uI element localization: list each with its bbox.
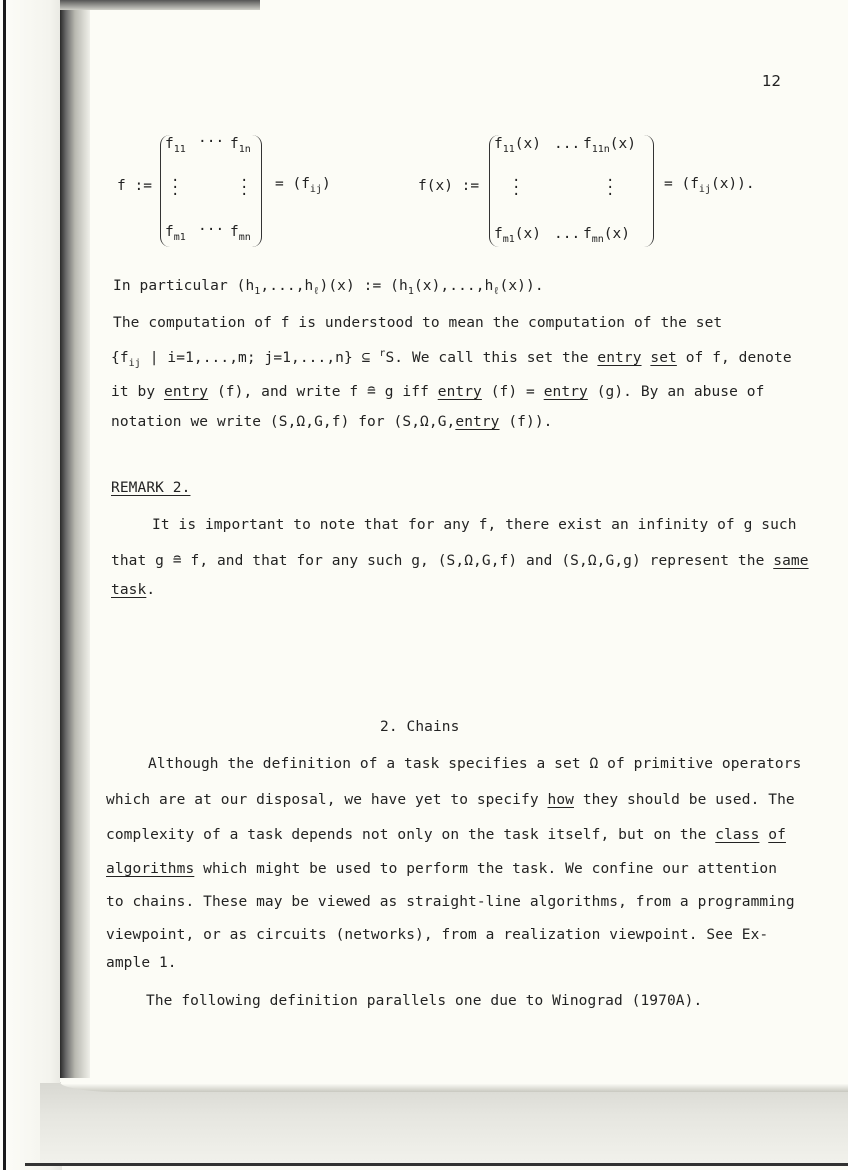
vdots: ··· xyxy=(512,178,520,199)
chains-line-3: complexity of a task depends not only on… xyxy=(106,826,786,844)
text-line-entry-def: it by entry (f), and write f ≘ g iff ent… xyxy=(111,383,764,401)
term-entry: entry xyxy=(597,350,641,366)
term-set: set xyxy=(650,350,677,366)
equiv-relation-symbol: ≘ xyxy=(173,553,182,569)
chains-line-1: Although the definition of a task specif… xyxy=(148,755,801,773)
chains-paragraph-2: The following definition parallels one d… xyxy=(146,992,702,1010)
page-number: 12 xyxy=(762,72,781,90)
page-top-shadow xyxy=(60,0,260,10)
page-curl xyxy=(60,1078,848,1092)
chains-line-5: to chains. These may be viewed as straig… xyxy=(106,893,795,911)
section-heading: 2. Chains xyxy=(380,718,459,736)
chains-line-7: ample 1. xyxy=(106,954,177,972)
text-line-notation: notation we write (S,Ω,G,f) for (S,Ω,G,e… xyxy=(111,413,553,431)
text-line-entry-set: {fij | i=1,...,m; j=1,...,n} ⊆ rS. We ca… xyxy=(111,349,792,367)
matrix-f-lhs: f := xyxy=(117,178,152,194)
matrix-fx-lhs: f(x) := xyxy=(418,178,479,194)
matrix-fx-rhs: = (fij(x)). xyxy=(664,176,755,192)
equiv-relation-symbol: ≘ xyxy=(367,384,376,400)
vdots: ··· xyxy=(240,178,248,199)
chains-line-6: viewpoint, or as circuits (networks), fr… xyxy=(106,926,768,944)
page-bottom-shadow xyxy=(40,1083,848,1165)
remark-line-1: It is important to note that for any f, … xyxy=(152,516,797,534)
page-binding-shadow xyxy=(60,0,90,1090)
vdots: ··· xyxy=(171,178,179,199)
scan-bottom-edge xyxy=(25,1163,848,1166)
remark-line-2: that g ≘ f, and that for any such g, (S,… xyxy=(111,552,809,570)
scan-margin xyxy=(0,0,62,1170)
matrix-f-rhs: = (fij) xyxy=(275,176,331,192)
text-line-computation: The computation of f is understood to me… xyxy=(113,314,722,332)
chains-line-2: which are at our disposal, we have yet t… xyxy=(106,791,795,809)
text-line-particular: In particular (h1,...,hℓ)(x) := (h1(x),.… xyxy=(113,277,544,295)
remark-heading: REMARK 2. xyxy=(111,479,190,497)
remark-line-3: task. xyxy=(111,581,155,599)
vdots: ··· xyxy=(606,178,614,199)
chains-line-4: algorithms which might be used to perfor… xyxy=(106,860,777,878)
scan-edge xyxy=(3,0,6,1170)
